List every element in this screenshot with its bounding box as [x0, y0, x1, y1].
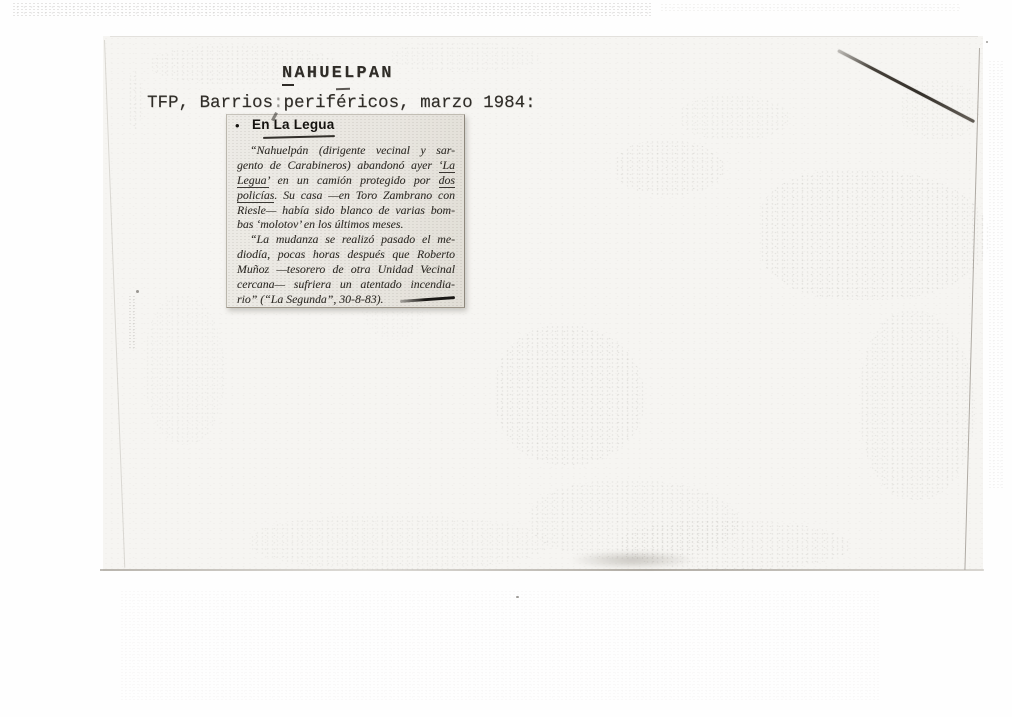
clipping-text: . Su casa —en Toro Zambrano con [274, 188, 455, 202]
pen-underlined-text: Legua’ [237, 173, 269, 188]
pen-underlined-text: policías [237, 188, 274, 203]
clipping-text: cercana— sufriera un atentado incendia- [237, 277, 455, 291]
clipping-line: bas ‘molotov’ en los últimos meses. [237, 217, 455, 232]
clipping-text: Muñoz —tesorero de otra Unidad Vecinal [237, 262, 455, 276]
stray-colon: : [273, 93, 284, 113]
scan-noise-band [12, 2, 652, 17]
stain-blob [615, 140, 725, 195]
clipping-line: Muñoz —tesorero de otra Unidad Vecinal [237, 262, 455, 277]
clipping-line: “La mudanza se realizó pasado el me- [237, 232, 455, 247]
clipping-line: cercana— sufriera un atentado incendia- [237, 277, 455, 292]
pen-underlined-text: ‘La [439, 158, 455, 173]
stain-blob [680, 95, 790, 140]
scan-noise-strip [988, 60, 1004, 490]
news-clipping: • En La Legua “Nahuelpán (dirigente veci… [226, 114, 465, 308]
stain-blob [390, 42, 540, 72]
subject-prefix: TFP, Barrios [147, 93, 273, 113]
stain-blob [250, 515, 550, 570]
pen-underline-title [263, 135, 335, 139]
pen-dash-mark [399, 296, 454, 303]
scan-noise-band [660, 3, 960, 13]
pen-underlined-text: dos [439, 173, 455, 188]
clipping-line: diodía, pocas horas después que Roberto [237, 247, 455, 262]
clipping-line: rio” (“La Segunda”, 30-8-83). [237, 292, 455, 307]
ink-speck [986, 41, 988, 43]
clipping-line: Riesle— había sido blanco de varias bom- [237, 203, 455, 218]
clipping-text: “Nahuelpán (dirigente vecinal y sar- [250, 143, 455, 157]
stain-blob [860, 310, 975, 500]
clipping-text: rio” (“La Segunda”, 30-8-83). [237, 292, 384, 306]
heading-rest: AHUELPAN [294, 64, 393, 83]
subject-line: TFP, Barrios:periféricos, marzo 1984: [147, 93, 536, 113]
scanned-document: NAHUELPAN TFP, Barrios:periféricos, marz… [0, 0, 1012, 717]
clipping-line: gento de Carabineros) abandonó ayer ‘La [237, 158, 455, 173]
stain-blob [128, 70, 142, 130]
bullet-icon: • [235, 118, 240, 133]
ink-speck [136, 290, 139, 293]
stray-ink-mark [336, 88, 350, 91]
shadow-blotch [545, 547, 720, 573]
clipping-body: “Nahuelpán (dirigente vecinal y sar-gent… [237, 143, 455, 307]
clipping-text: bas ‘molotov’ en los últimos meses. [237, 217, 403, 231]
clipping-line: Legua’ en un camión protegido por dos [237, 173, 455, 188]
stain-blob [760, 170, 990, 300]
clipping-text: Riesle— había sido blanco de varias bom- [237, 203, 455, 217]
ink-speck [516, 596, 519, 598]
page-title: NAHUELPAN [282, 64, 394, 83]
clipping-text: gento de Carabineros) abandonó ayer [237, 158, 439, 172]
clipping-text: diodía, pocas horas después que Roberto [237, 247, 455, 261]
heading-underlined-letter: N [282, 64, 294, 86]
stain-blob [145, 295, 225, 445]
clipping-title: En La Legua [252, 117, 334, 132]
clipping-line: “Nahuelpán (dirigente vecinal y sar- [237, 143, 455, 158]
clipping-text: en un camión protegido por [269, 173, 438, 187]
scan-noise-area [120, 590, 880, 700]
stain-blob [495, 325, 645, 465]
clipping-line: policías. Su casa —en Toro Zambrano con [237, 188, 455, 203]
clipping-text: “La mudanza se realizó pasado el me- [250, 232, 455, 246]
subject-suffix: periféricos, marzo 1984: [284, 93, 536, 113]
